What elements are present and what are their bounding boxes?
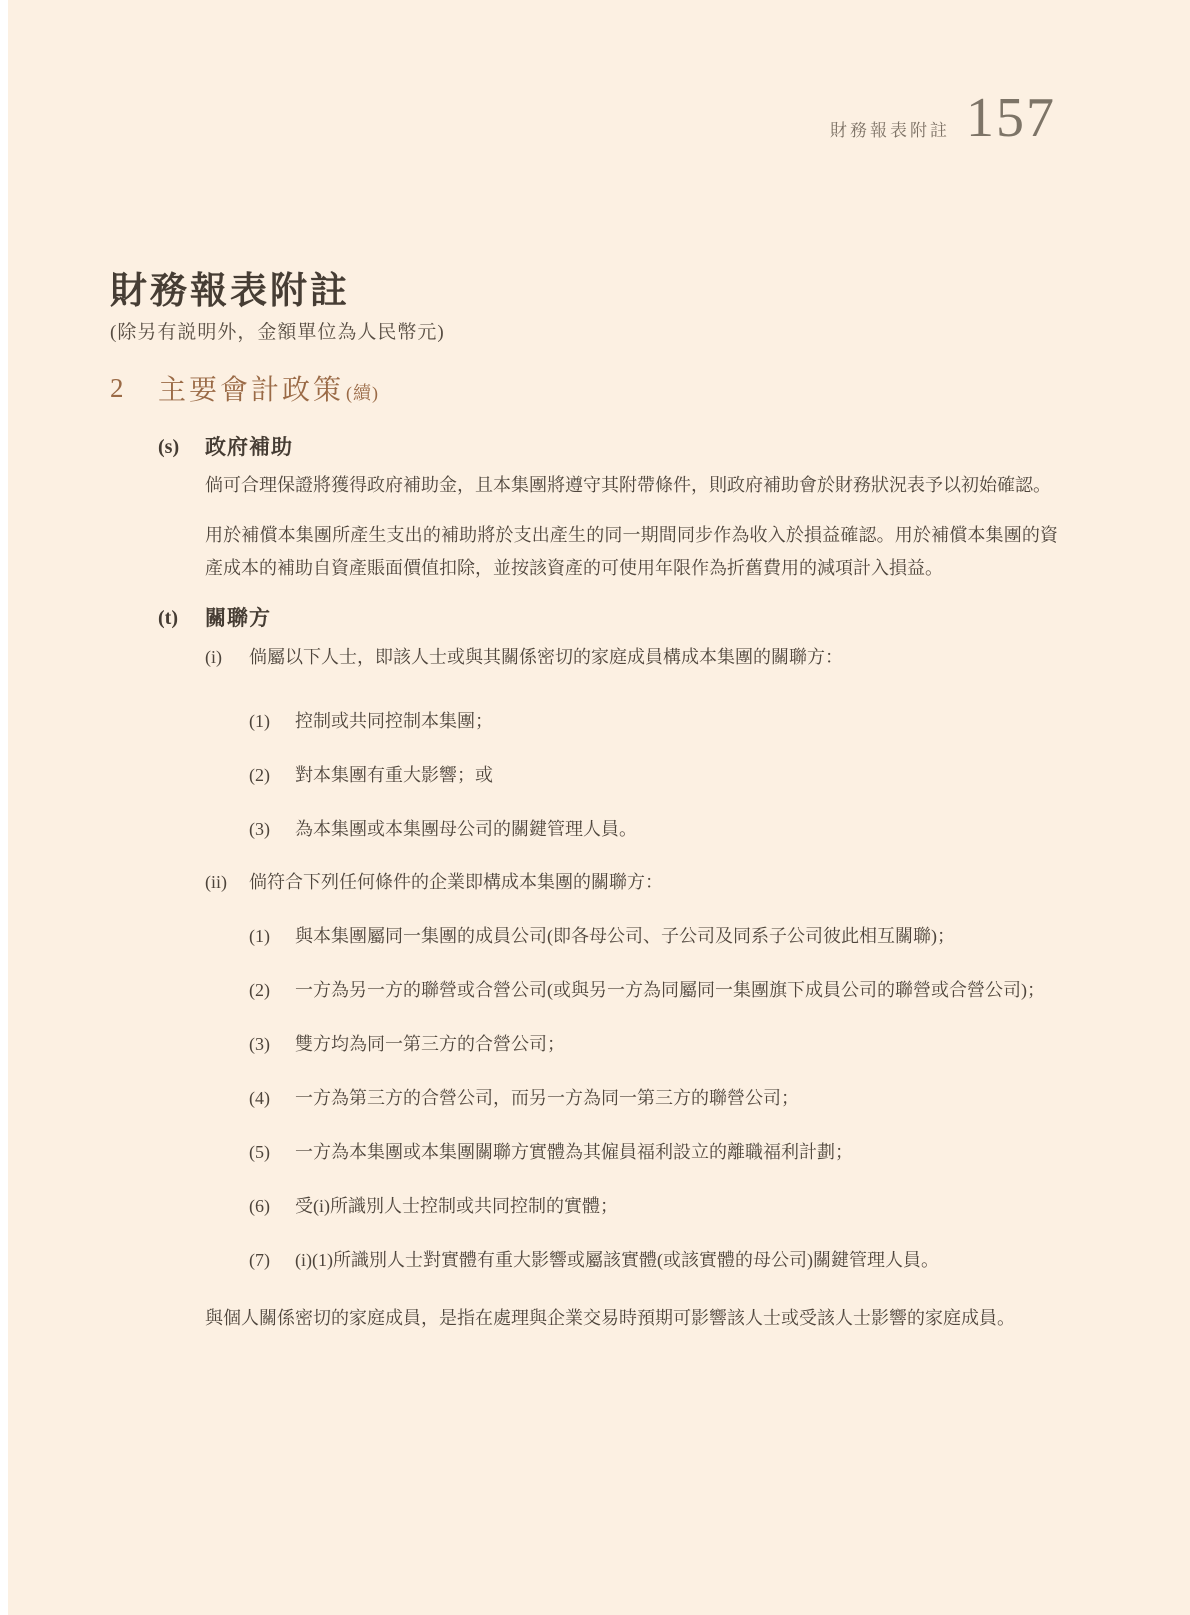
subsection-s-government-grants: (s) 政府補助 倘可合理保證將獲得政府補助金，且本集團將遵守其附帶條件，則政府… [158, 432, 1058, 585]
list-item-text: 倘屬以下人士，即該人士或與其關係密切的家庭成員構成本集團的關聯方： [249, 641, 1058, 674]
sub-list-item-text: 雙方均為同一第三方的合營公司； [295, 1028, 1058, 1061]
closing-paragraph: 與個人關係密切的家庭成員，是指在處理與企業交易時預期可影響該人士或受該人士影響的… [205, 1302, 1058, 1335]
sub-list-item-label: (2) [249, 759, 295, 792]
numbered-sublist: (1) 與本集團屬同一集團的成員公司(即各母公司、子公司及同系子公司彼此相互關聯… [249, 920, 1058, 1277]
list-item-ii: (ii) 倘符合下列任何條件的企業即構成本集團的關聯方： (1) 與本集團屬同一… [205, 866, 1058, 1277]
numbered-sublist: (1) 控制或共同控制本集團； (2) 對本集團有重大影響；或 (3) [249, 705, 1058, 846]
page-subtitle: (除另有説明外，金額單位為人民幣元) [110, 321, 1058, 344]
sub-list-item: (4) 一方為第三方的合營公司，而另一方為同一第三方的聯營公司； [249, 1082, 1058, 1115]
sub-list-item: (2) 對本集團有重大影響；或 [249, 759, 1058, 792]
subsection-content: 關聯方 (i) 倘屬以下人士，即該人士或與其關係密切的家庭成員構成本集團的關聯方… [205, 603, 1058, 1335]
sub-list-item: (1) 與本集團屬同一集團的成員公司(即各母公司、子公司及同系子公司彼此相互關聯… [249, 920, 1058, 953]
list-item-content: 倘屬以下人士，即該人士或與其關係密切的家庭成員構成本集團的關聯方： (1) 控制… [249, 641, 1058, 846]
section-continued-label: (續) [346, 383, 379, 403]
sub-list-item-text: 一方為第三方的合營公司，而另一方為同一第三方的聯營公司； [295, 1082, 1058, 1115]
sub-list-item-text: 一方為另一方的聯營或合營公司(或與另一方為同屬同一集團旗下成員公司的聯營或合營公… [295, 974, 1058, 1007]
sub-list-item: (5) 一方為本集團或本集團關聯方實體為其僱員福利設立的離職福利計劃； [249, 1136, 1058, 1169]
sub-list-item-text: 為本集團或本集團母公司的關鍵管理人員。 [295, 813, 1058, 846]
subsection-label: (t) [158, 603, 205, 1335]
page-content: 財務報表附註 (除另有説明外，金額單位為人民幣元) 2 主要會計政策(續) (s… [110, 270, 1058, 1335]
sub-list-item-text: 受(i)所識別人士控制或共同控制的實體； [295, 1190, 1058, 1223]
subsection-t-related-parties: (t) 關聯方 (i) 倘屬以下人士，即該人士或與其關係密切的家庭成員構成本集團… [158, 603, 1058, 1335]
page-header: 財務報表附註 157 [830, 90, 1056, 146]
list-item-i: (i) 倘屬以下人士，即該人士或與其關係密切的家庭成員構成本集團的關聯方： (1… [205, 641, 1058, 846]
subsection-title: 政府補助 [205, 432, 1058, 462]
sub-list-item: (3) 為本集團或本集團母公司的關鍵管理人員。 [249, 813, 1058, 846]
section-heading: 主要會計政策(續) [158, 373, 1058, 411]
sub-list-item: (1) 控制或共同控制本集團； [249, 705, 1058, 738]
section-number: 2 [110, 359, 158, 1335]
sub-list-item-label: (3) [249, 813, 295, 846]
list-item-content: 倘符合下列任何條件的企業即構成本集團的關聯方： (1) 與本集團屬同一集團的成員… [249, 866, 1058, 1277]
sub-list-item-label: (3) [249, 1028, 295, 1061]
page-title: 財務報表附註 [110, 270, 1058, 314]
sub-list-item-label: (1) [249, 705, 295, 738]
subsection-title: 關聯方 [205, 603, 1058, 633]
subsection-content: 政府補助 倘可合理保證將獲得政府補助金，且本集團將遵守其附帶條件，則政府補助會於… [205, 432, 1058, 585]
sub-list-item: (7) (i)(1)所識別人士對實體有重大影響或屬該實體(或該實體的母公司)關鍵… [249, 1244, 1058, 1277]
sub-list-item-text: 控制或共同控制本集團； [295, 705, 1058, 738]
sub-list-item-text: (i)(1)所識別人士對實體有重大影響或屬該實體(或該實體的母公司)關鍵管理人員… [295, 1244, 1058, 1277]
section-content: 主要會計政策(續) (s) 政府補助 倘可合理保證將獲得政府補助金，且本集團將遵… [158, 359, 1058, 1335]
list-item-text: 倘符合下列任何條件的企業即構成本集團的關聯方： [249, 866, 1058, 899]
page-number: 157 [966, 90, 1056, 146]
section-2: 2 主要會計政策(續) (s) 政府補助 倘可合理保證將獲得政府補助金，且本集團… [110, 359, 1058, 1335]
sub-list-item: (6) 受(i)所識別人士控制或共同控制的實體； [249, 1190, 1058, 1223]
document-page: 財務報表附註 157 財務報表附註 (除另有説明外，金額單位為人民幣元) 2 主… [8, 0, 1190, 1615]
sub-list-item-text: 一方為本集團或本集團關聯方實體為其僱員福利設立的離職福利計劃； [295, 1136, 1058, 1169]
sub-list-item-label: (7) [249, 1244, 295, 1277]
header-section-label: 財務報表附註 [830, 116, 950, 141]
subsection-label: (s) [158, 432, 205, 585]
paragraph: 倘可合理保證將獲得政府補助金，且本集團將遵守其附帶條件，則政府補助會於財務狀況表… [205, 469, 1058, 502]
sub-list-item: (3) 雙方均為同一第三方的合營公司； [249, 1028, 1058, 1061]
sub-list-item: (2) 一方為另一方的聯營或合營公司(或與另一方為同屬同一集團旗下成員公司的聯營… [249, 974, 1058, 1007]
paragraph: 用於補償本集團所產生支出的補助將於支出產生的同一期間同步作為收入於損益確認。用於… [205, 519, 1058, 585]
list-item-label: (ii) [205, 866, 249, 1277]
sub-list-item-label: (1) [249, 920, 295, 953]
section-title: 主要會計政策 [158, 375, 344, 406]
list-item-label: (i) [205, 641, 249, 846]
sub-list-item-text: 與本集團屬同一集團的成員公司(即各母公司、子公司及同系子公司彼此相互關聯)； [295, 920, 1058, 953]
sub-list-item-label: (4) [249, 1082, 295, 1115]
sub-list-item-text: 對本集團有重大影響；或 [295, 759, 1058, 792]
sub-list-item-label: (5) [249, 1136, 295, 1169]
sub-list-item-label: (6) [249, 1190, 295, 1223]
sub-list-item-label: (2) [249, 974, 295, 1007]
